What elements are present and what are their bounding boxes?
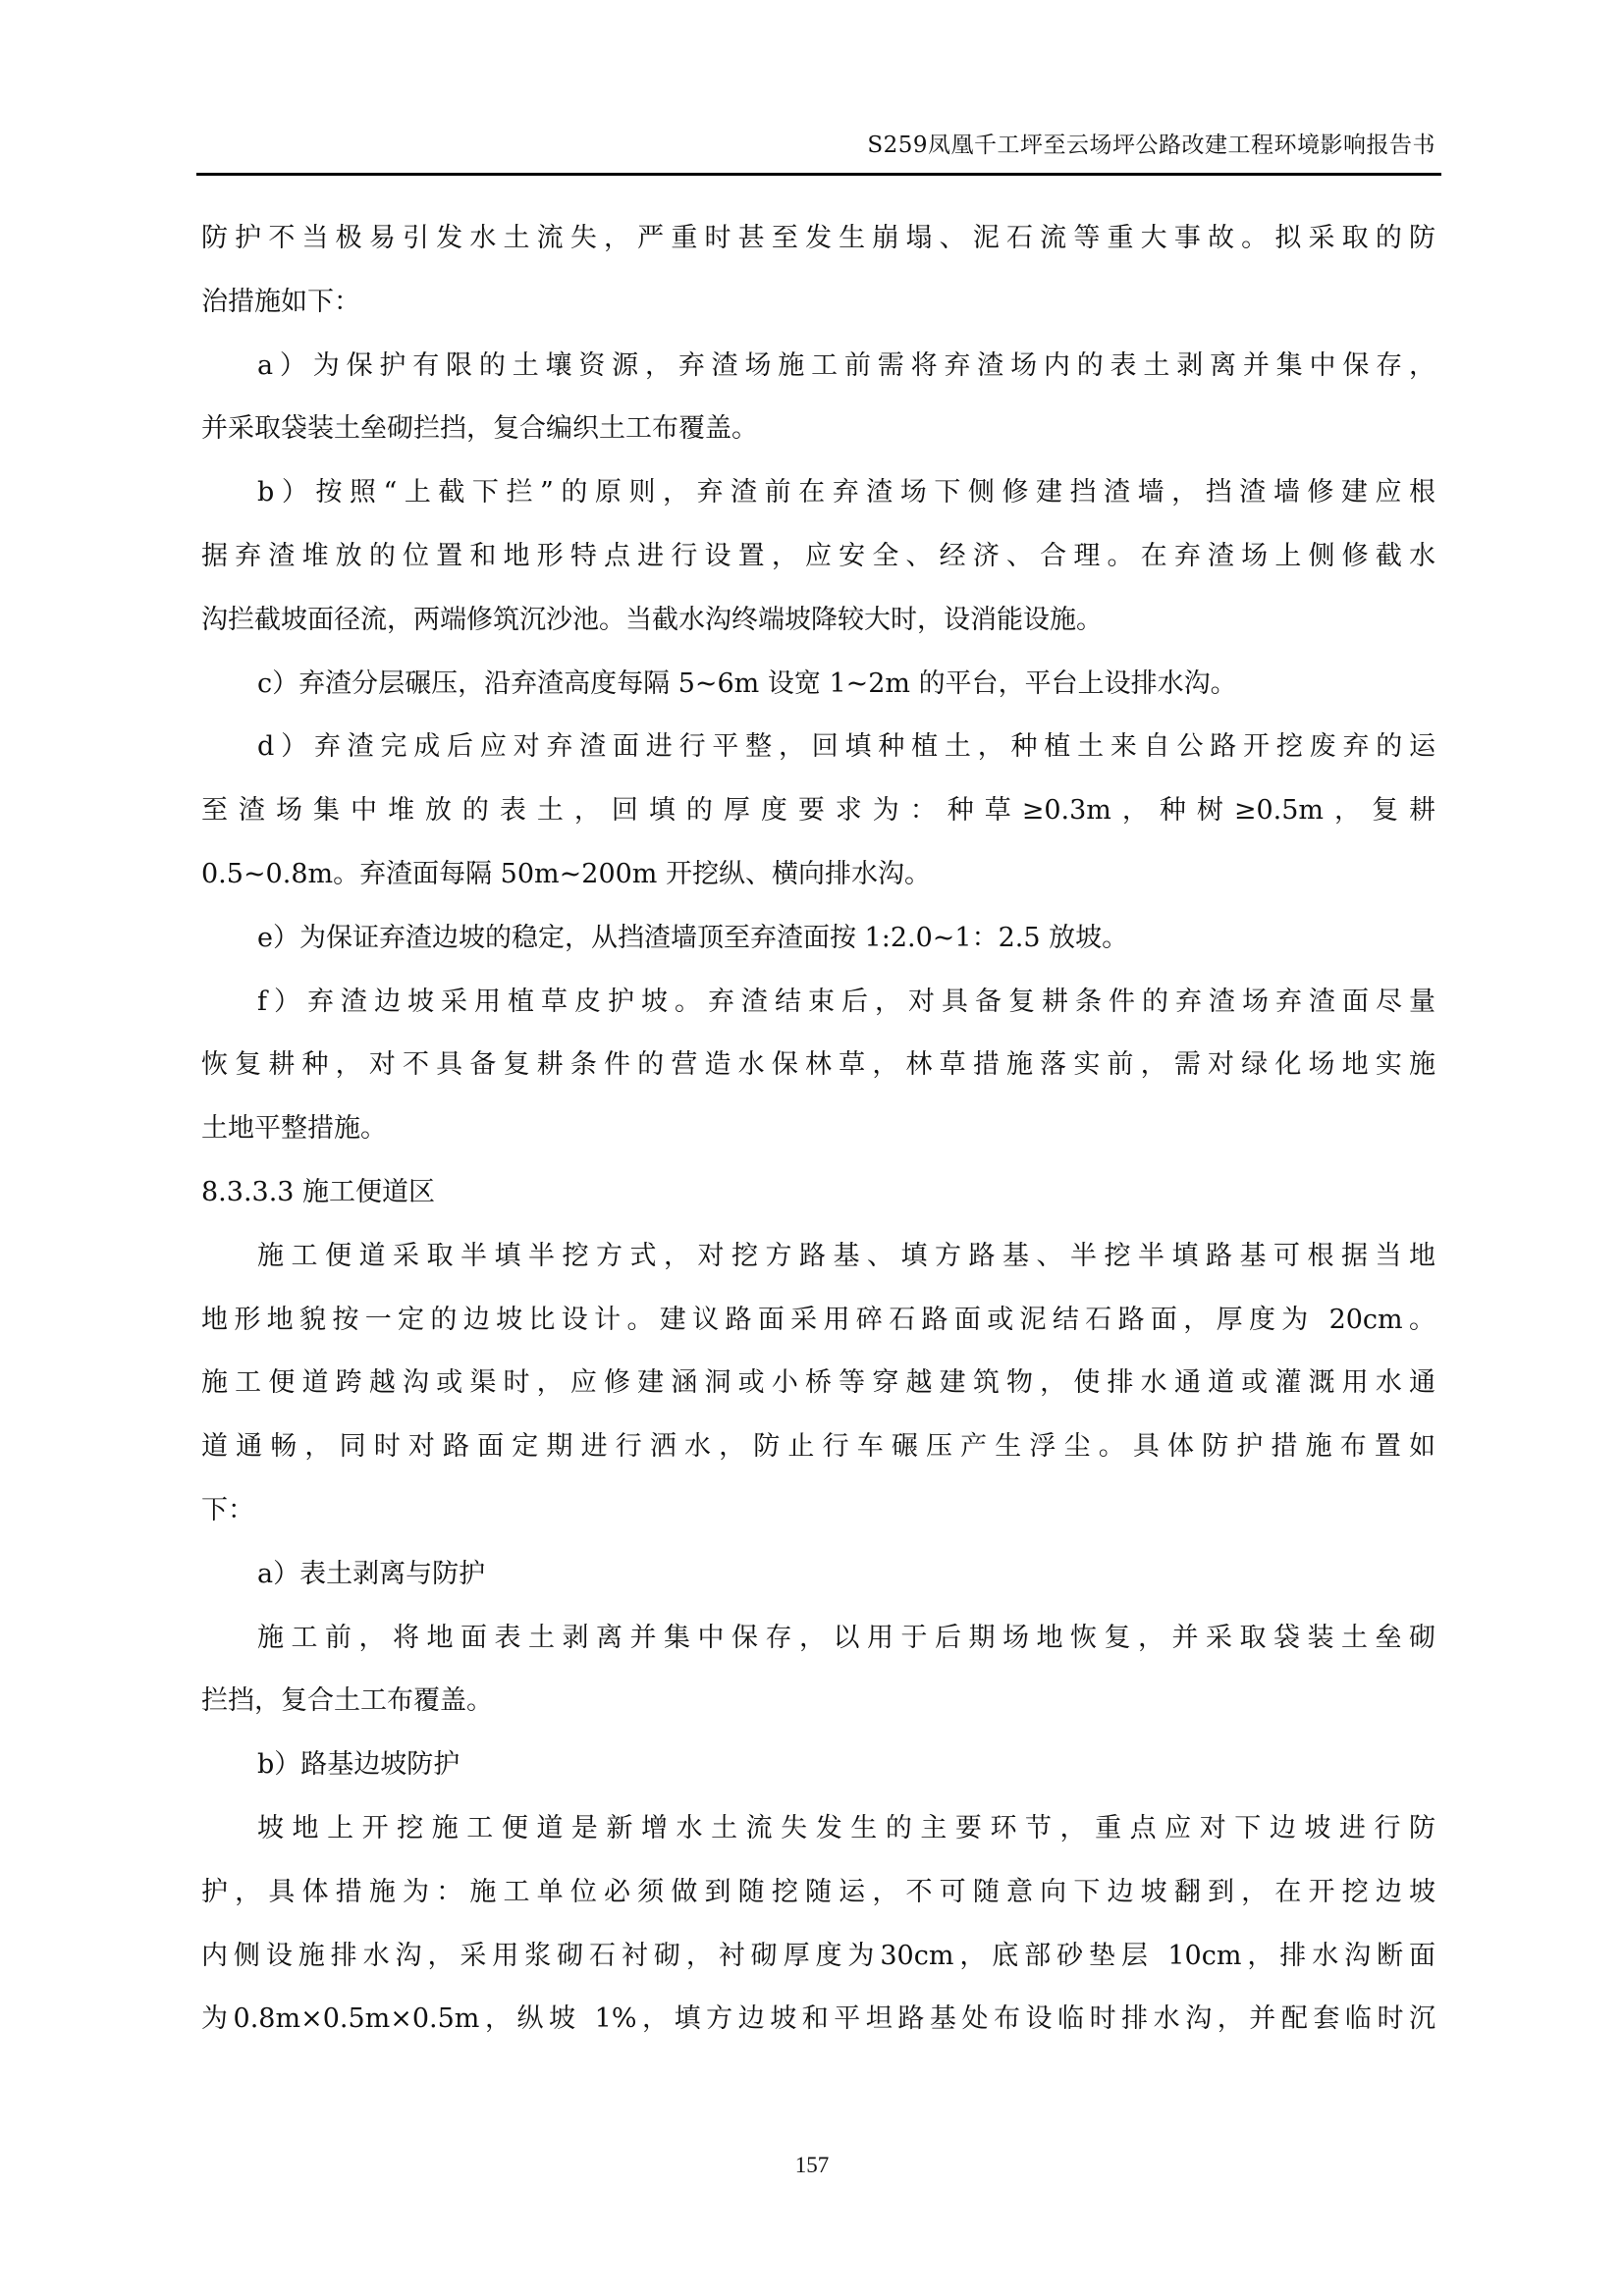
text-line: 至渣场集中堆放的表土，回填的厚度要求为：种草≥0.3m，种树≥0.5m，复耕 bbox=[201, 791, 1435, 830]
text-line: e）为保证弃渣边坡的稳定，从挡渣墙顶至弃渣面按 1:2.0~1：2.5 放坡。 bbox=[257, 919, 1435, 958]
text-line: 道通畅，同时对路面定期进行洒水，防止行车碾压产生浮尘。具体防护措施布置如 bbox=[201, 1427, 1435, 1467]
text-line: 拦挡，复合土工布覆盖。 bbox=[201, 1682, 1435, 1721]
text-line: d）弃渣完成后应对弃渣面进行平整，回填种植土，种植土来自公路开挖废弃的运 bbox=[257, 727, 1435, 767]
text-line: 治措施如下： bbox=[201, 283, 1435, 322]
header-divider bbox=[196, 173, 1441, 176]
text-line: 为0.8m×0.5m×0.5m，纵坡 1%，填方边坡和平坦路基处布设临时排水沟，… bbox=[201, 2000, 1435, 2039]
text-line: 护，具体措施为：施工单位必须做到随挖随运，不可随意向下边坡翻到，在开挖边坡 bbox=[201, 1873, 1435, 1912]
text-line: 坡地上开挖施工便道是新增水土流失发生的主要环节，重点应对下边坡进行防 bbox=[257, 1809, 1435, 1848]
text-line: 施工前，将地面表土剥离并集中保存，以用于后期场地恢复，并采取袋装土垒砌 bbox=[257, 1619, 1435, 1658]
text-line: 施工便道跨越沟或渠时，应修建涵洞或小桥等穿越建筑物，使排水通道或灌溉用水通 bbox=[201, 1363, 1435, 1403]
text-line: 0.5~0.8m。弃渣面每隔 50m~200m 开挖纵、横向排水沟。 bbox=[201, 855, 1435, 894]
text-line: 恢复耕种，对不具备复耕条件的营造水保林草，林草措施落实前，需对绿化场地实施 bbox=[201, 1045, 1435, 1085]
text-line: 施工便道采取半填半挖方式，对挖方路基、填方路基、半挖半填路基可根据当地 bbox=[257, 1237, 1435, 1276]
text-line: 土地平整措施。 bbox=[201, 1109, 1435, 1148]
subheading: a）表土剥离与防护 bbox=[257, 1555, 1435, 1594]
text-line: c）弃渣分层碾压，沿弃渣高度每隔 5~6m 设宽 1~2m 的平台，平台上设排水… bbox=[257, 665, 1435, 704]
text-line: 沟拦截坡面径流，两端修筑沉沙池。当截水沟终端坡降较大时，设消能设施。 bbox=[201, 601, 1435, 640]
text-line: 内侧设施排水沟，采用浆砌石衬砌，衬砌厚度为30cm，底部砂垫层 10cm，排水沟… bbox=[201, 1937, 1435, 1976]
subheading: b）路基边坡防护 bbox=[257, 1745, 1435, 1785]
text-line: 并采取袋装土垒砌拦挡，复合编织土工布覆盖。 bbox=[201, 409, 1435, 449]
text-line: 地形地貌按一定的边坡比设计。建议路面采用碎石路面或泥结石路面，厚度为 20cm。 bbox=[201, 1301, 1435, 1340]
running-header-title: S259凤凰千工坪至云场坪公路改建工程环境影响报告书 bbox=[867, 131, 1435, 160]
document-page: S259凤凰千工坪至云场坪公路改建工程环境影响报告书 防护不当极易引发水土流失，… bbox=[0, 0, 1624, 2296]
text-line: 据弃渣堆放的位置和地形特点进行设置，应安全、经济、合理。在弃渣场上侧修截水 bbox=[201, 537, 1435, 576]
text-line: a）为保护有限的土壤资源，弃渣场施工前需将弃渣场内的表土剥离并集中保存， bbox=[257, 347, 1435, 386]
text-line: 防护不当极易引发水土流失，严重时甚至发生崩塌、泥石流等重大事故。拟采取的防 bbox=[201, 219, 1435, 258]
text-line: f）弃渣边坡采用植草皮护坡。弃渣结束后，对具备复耕条件的弃渣场弃渣面尽量 bbox=[257, 983, 1435, 1022]
text-line: b）按照“上截下拦”的原则，弃渣前在弃渣场下侧修建挡渣墙，挡渣墙修建应根 bbox=[257, 473, 1435, 512]
text-line: 下： bbox=[201, 1491, 1435, 1530]
section-heading: 8.3.3.3 施工便道区 bbox=[201, 1173, 1435, 1212]
page-number: 157 bbox=[0, 2152, 1624, 2179]
